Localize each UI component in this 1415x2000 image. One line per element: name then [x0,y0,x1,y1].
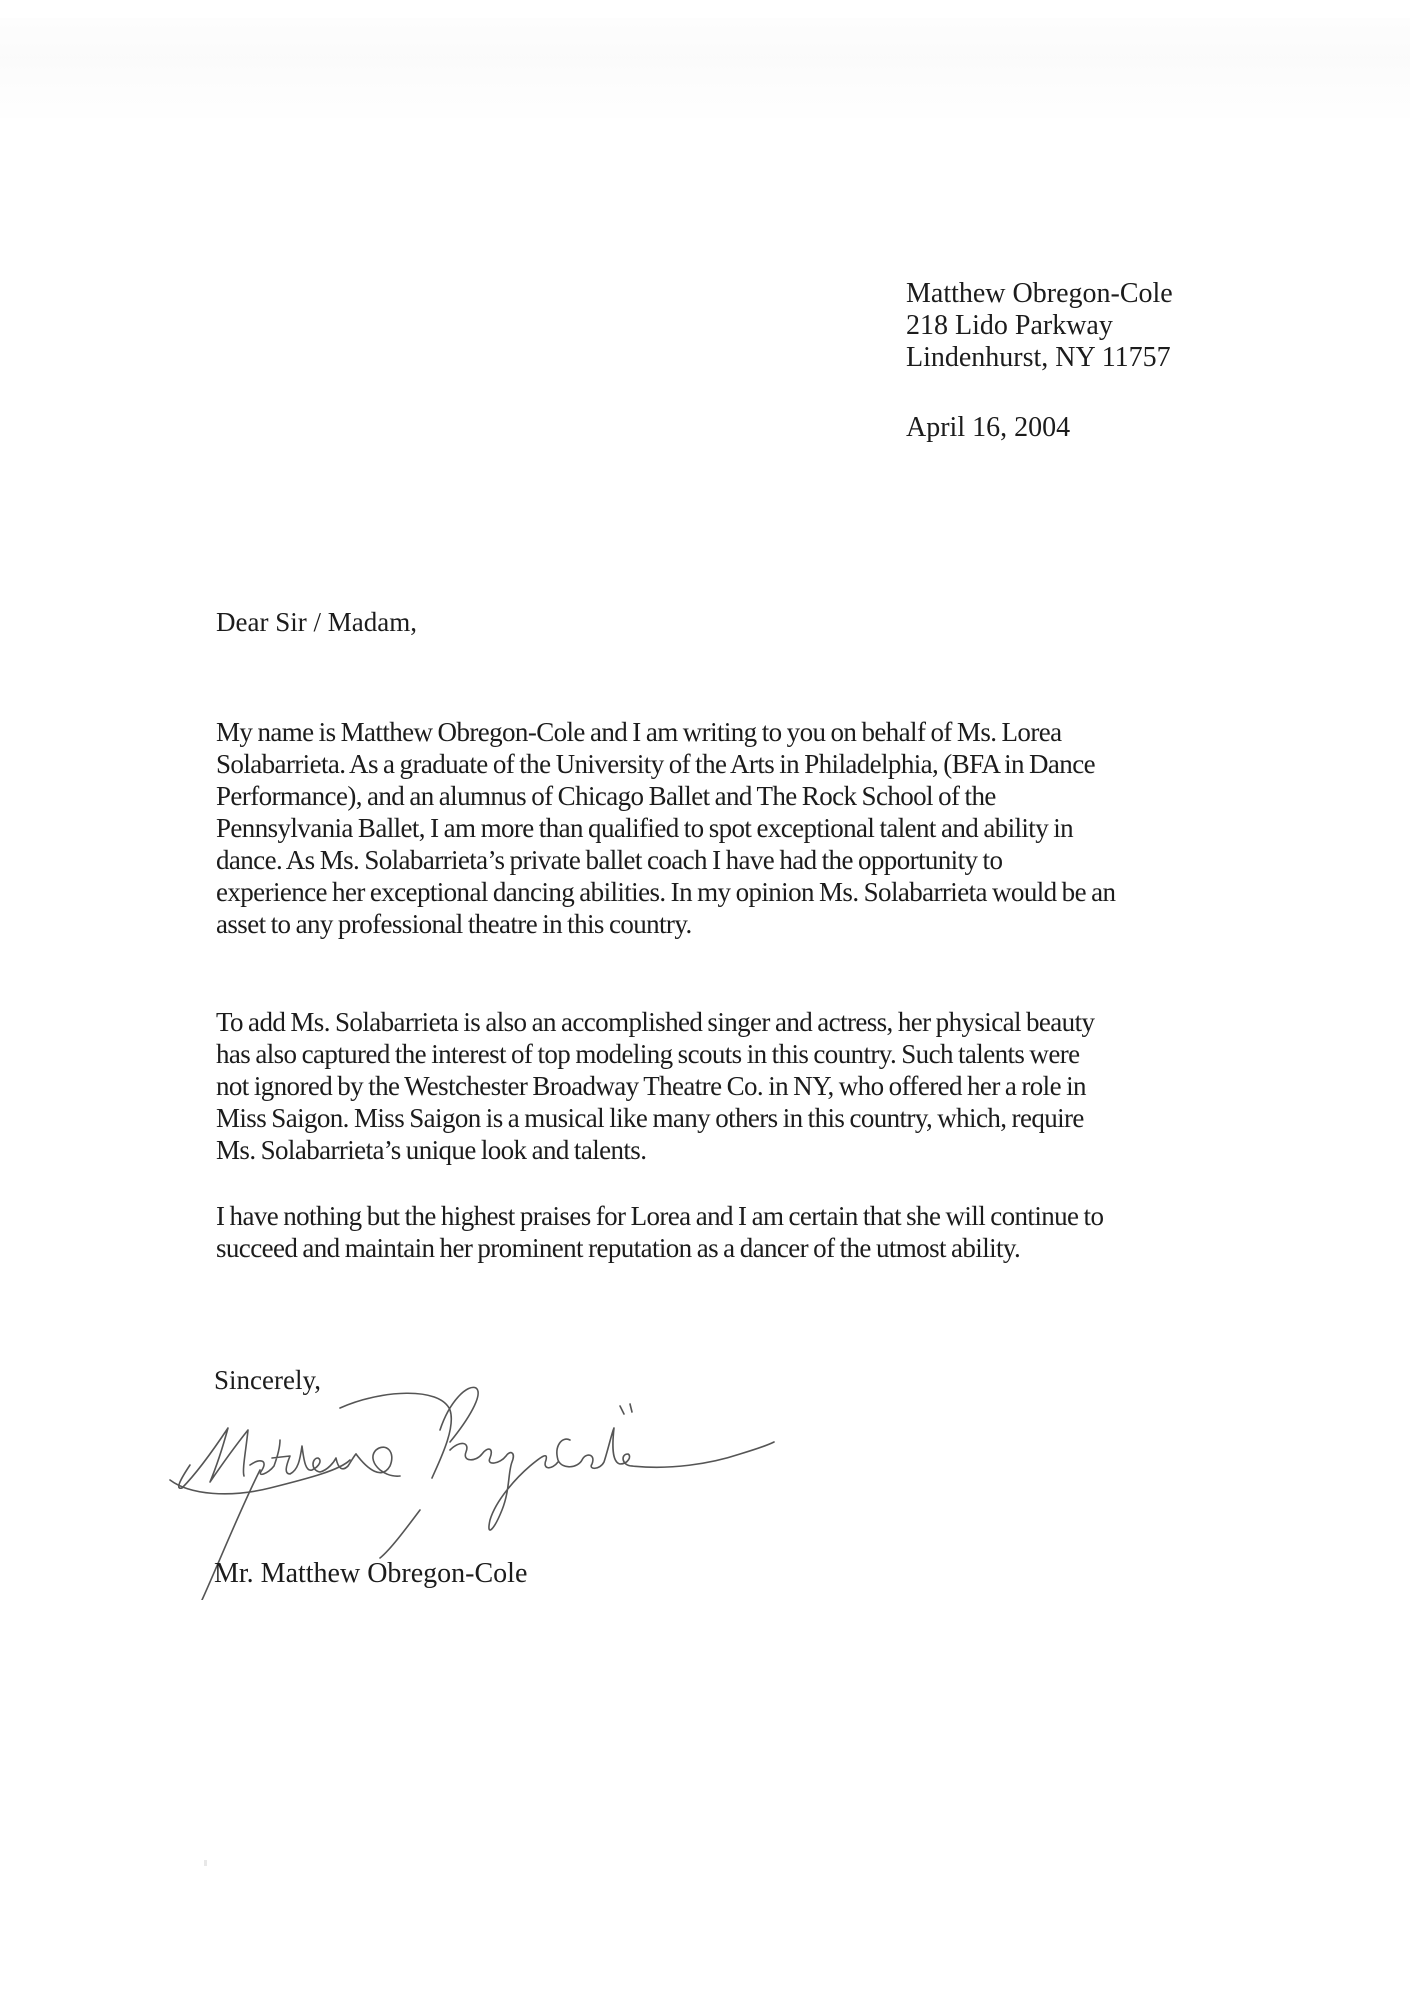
scan-bleed-through [0,18,1410,118]
paragraph-line: not ignored by the Westchester Broadway … [216,1070,1236,1102]
paragraph-line: To add Ms. Solabarrieta is also an accom… [216,1006,1236,1038]
signed-name: Mr. Matthew Obregon-Cole [214,1558,527,1590]
body-paragraph-1: My name is Matthew Obregon-Cole and I am… [216,716,1236,940]
sender-address-block: Matthew Obregon-Cole 218 Lido Parkway Li… [906,278,1173,374]
salutation: Dear Sir / Madam, [216,606,417,638]
paragraph-line: experience her exceptional dancing abili… [216,876,1236,908]
letter-date: April 16, 2004 [906,412,1070,444]
scan-artifact [204,1860,207,1866]
paragraph-line: Solabarrieta. As a graduate of the Unive… [216,748,1236,780]
sender-name: Matthew Obregon-Cole [906,278,1173,310]
sender-city-state-zip: Lindenhurst, NY 11757 [906,342,1173,374]
paragraph-line: Performance), and an alumnus of Chicago … [216,780,1236,812]
body-paragraph-3: I have nothing but the highest praises f… [216,1200,1236,1264]
paragraph-line: Pennsylvania Ballet, I am more than qual… [216,812,1236,844]
sender-street: 218 Lido Parkway [906,310,1173,342]
paragraph-line: succeed and maintain her prominent reput… [216,1232,1236,1264]
paragraph-line: I have nothing but the highest praises f… [216,1200,1236,1232]
paragraph-line: asset to any professional theatre in thi… [216,908,1236,940]
paragraph-line: has also captured the interest of top mo… [216,1038,1236,1070]
body-paragraph-2: To add Ms. Solabarrieta is also an accom… [216,1006,1236,1166]
paragraph-line: dance. As Ms. Solabarrieta’s private bal… [216,844,1236,876]
paragraph-line: My name is Matthew Obregon-Cole and I am… [216,716,1236,748]
paragraph-line: Miss Saigon. Miss Saigon is a musical li… [216,1102,1236,1134]
paragraph-line: Ms. Solabarrieta’s unique look and talen… [216,1134,1236,1166]
